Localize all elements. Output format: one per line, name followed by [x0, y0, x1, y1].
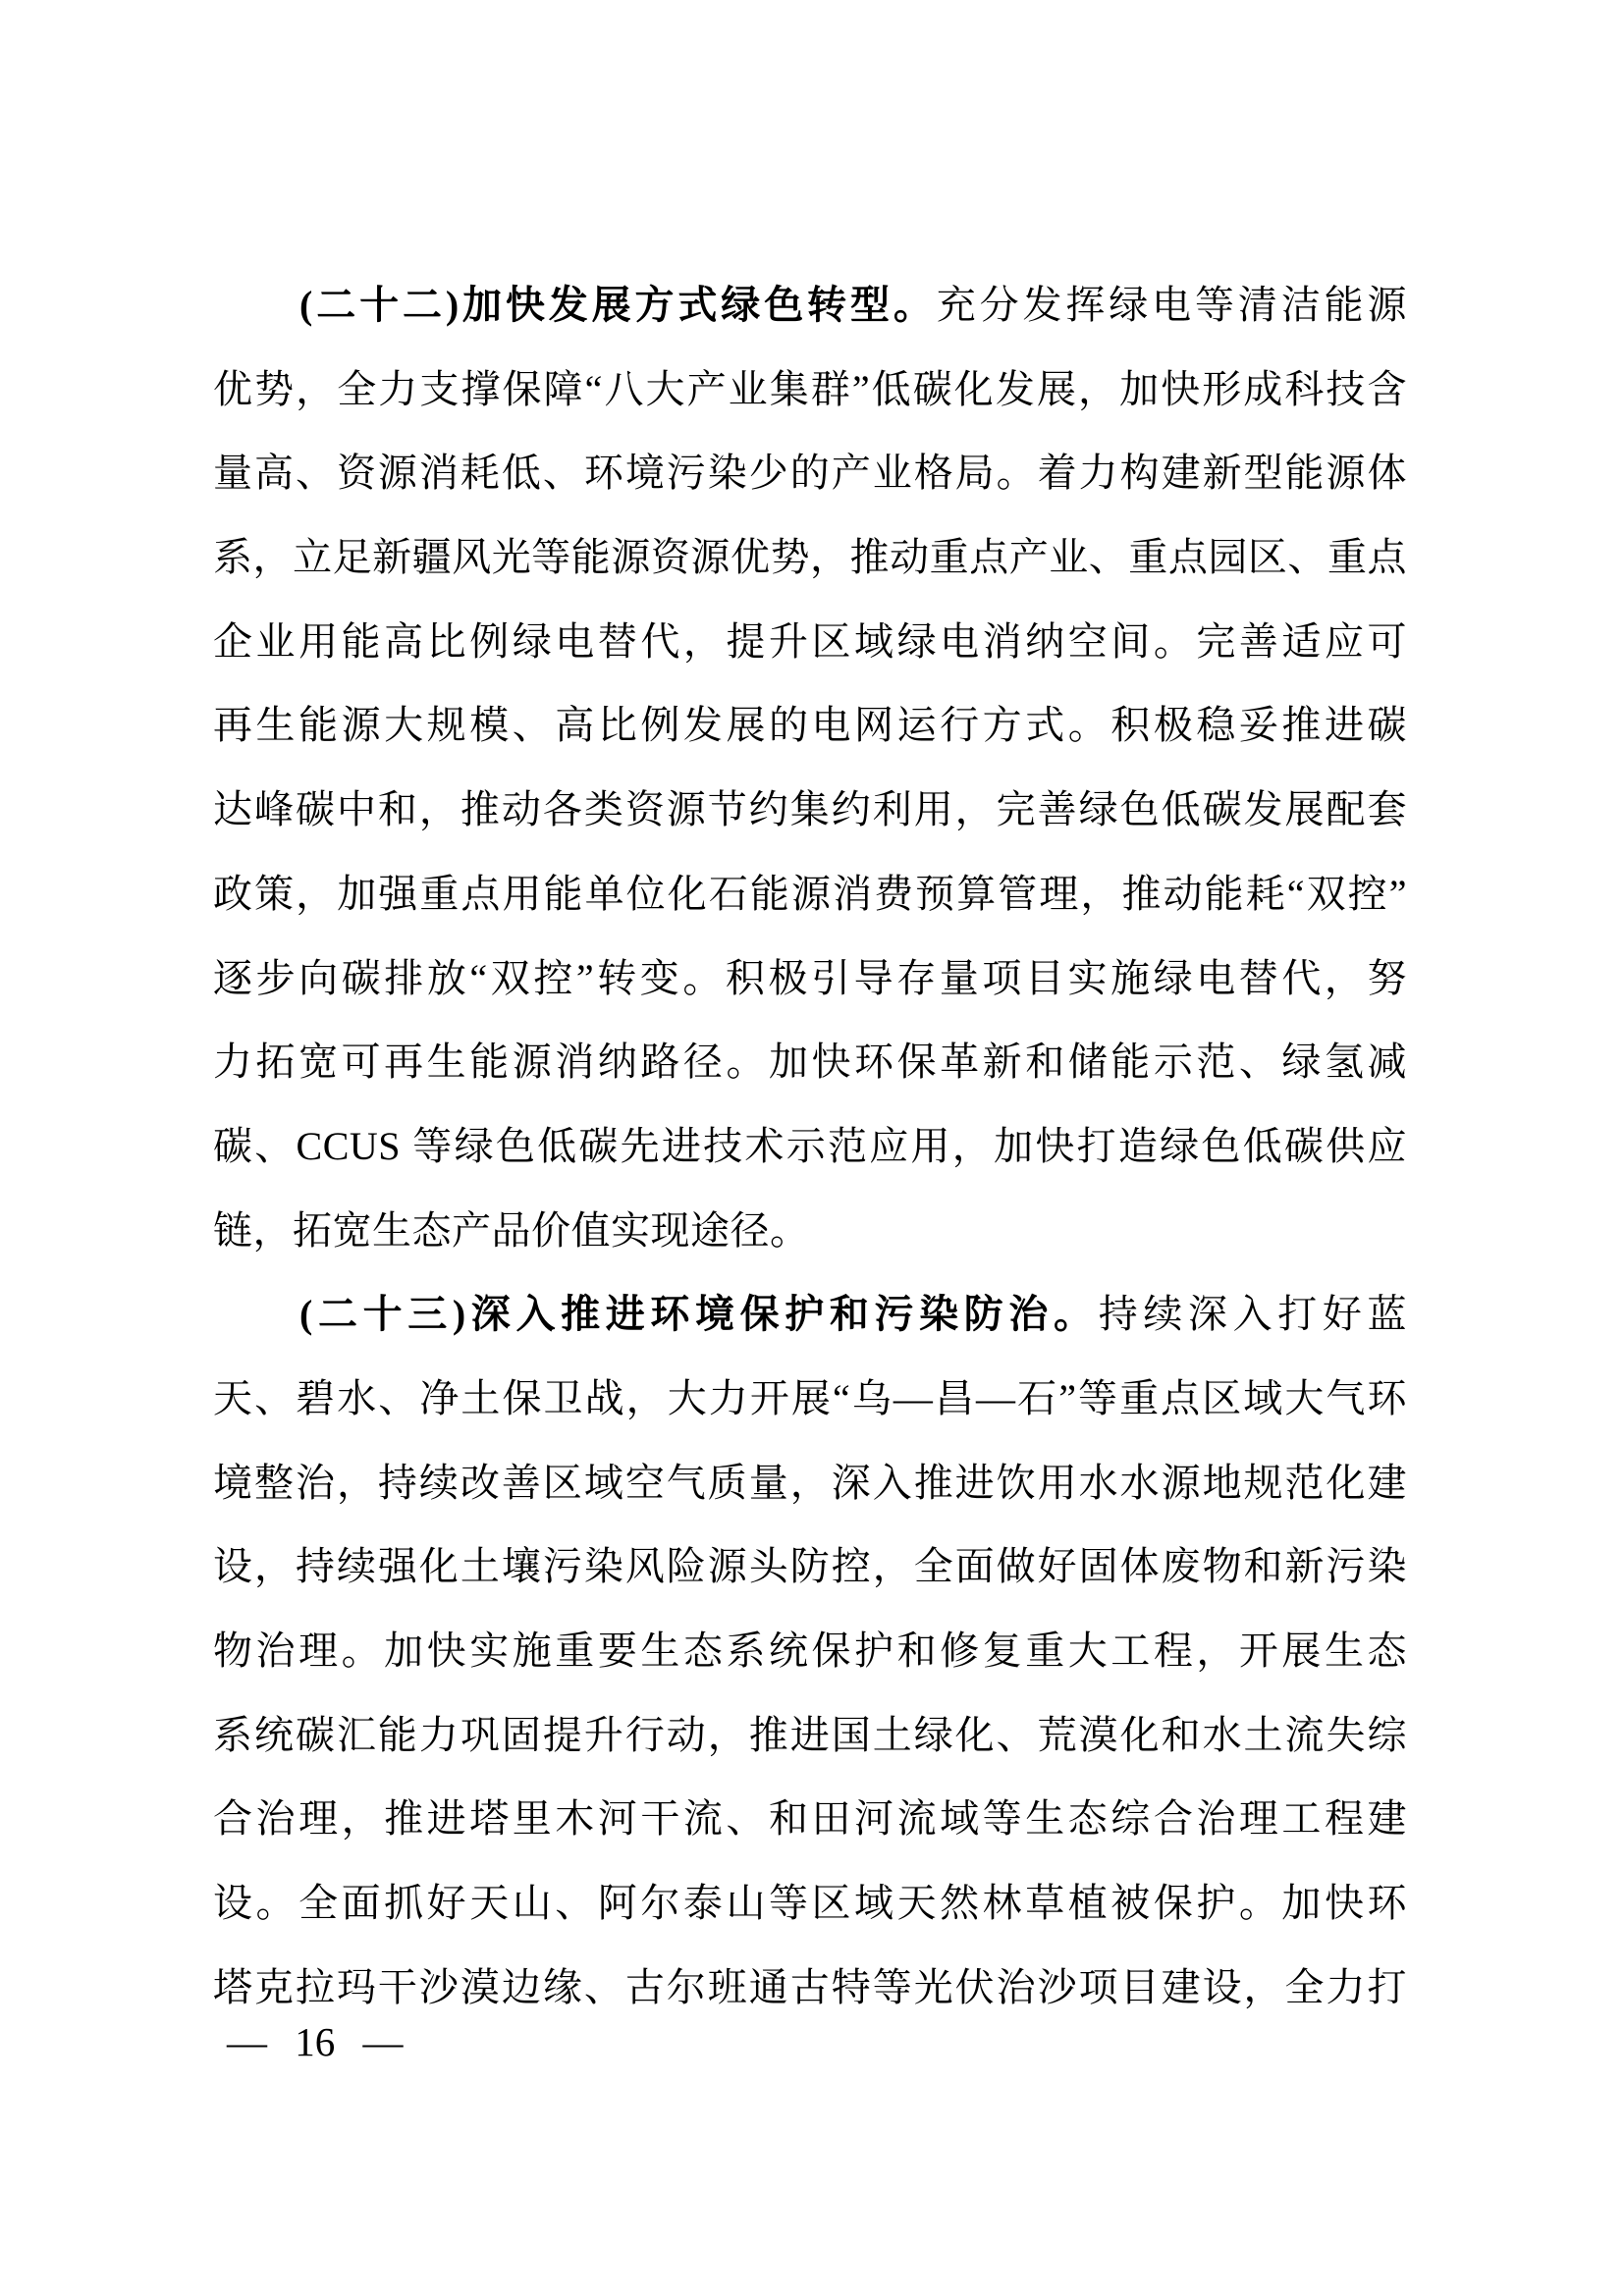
document-page: (二十二)加快发展方式绿色转型。充分发挥绿电等清洁能源优势，全力支撑保障“八大产… — [0, 0, 1624, 2296]
text-line: 系统碳汇能力巩固提升行动，推进国土绿化、荒漠化和水土流失综 — [213, 1693, 1407, 1778]
text-line: 设，持续强化土壤污染风险源头防控，全面做好固体废物和新污染 — [213, 1524, 1407, 1609]
page-number: — 16 — — [227, 2018, 404, 2065]
text-line: 力拓宽可再生能源消纳路径。加快环保革新和储能示范、绿氢减 — [213, 1020, 1407, 1104]
text-line: 逐步向碳排放“双控”转变。积极引导存量项目实施绿电替代，努 — [213, 936, 1407, 1021]
text-line: 达峰碳中和，推动各类资源节约集约利用，完善绿色低碳发展配套 — [213, 768, 1407, 852]
text-line: 设。全面抓好天山、阿尔泰山等区域天然林草植被保护。加快环 — [213, 1861, 1407, 1946]
text-line: 境整治，持续改善区域空气质量，深入推进饮用水水源地规范化建 — [213, 1441, 1407, 1525]
text-line: 企业用能高比例绿电替代，提升区域绿电消纳空间。完善适应可 — [213, 600, 1407, 684]
text-line: 优势，全力支撑保障“八大产业集群”低碳化发展，加快形成科技含 — [213, 347, 1407, 432]
section-heading: (二十二)加快发展方式绿色转型。 — [299, 283, 937, 327]
text-line: 合治理，推进塔里木河干流、和田河流域等生态综合治理工程建 — [213, 1777, 1407, 1861]
text-line: 塔克拉玛干沙漠边缘、古尔班通古特等光伏治沙项目建设，全力打 — [213, 1946, 1407, 2030]
text-line: 物治理。加快实施重要生态系统保护和修复重大工程，开展生态 — [213, 1609, 1407, 1693]
text-line: 政策，加强重点用能单位化石能源消费预算管理，推动能耗“双控” — [213, 852, 1407, 936]
text-line: (二十三)深入推进环境保护和污染防治。持续深入打好蓝 — [213, 1272, 1407, 1357]
document-body: (二十二)加快发展方式绿色转型。充分发挥绿电等清洁能源优势，全力支撑保障“八大产… — [213, 263, 1407, 2029]
text-line: 碳、CCUS 等绿色低碳先进技术示范应用，加快打造绿色低碳供应 — [213, 1104, 1407, 1189]
text-line: 再生能源大规模、高比例发展的电网运行方式。积极稳妥推进碳 — [213, 683, 1407, 768]
text-line: 天、碧水、净土保卫战，大力开展“乌—昌—石”等重点区域大气环 — [213, 1357, 1407, 1441]
text-line: (二十二)加快发展方式绿色转型。充分发挥绿电等清洁能源 — [213, 263, 1407, 347]
text-line: 量高、资源消耗低、环境污染少的产业格局。着力构建新型能源体 — [213, 431, 1407, 515]
text-line: 系，立足新疆风光等能源资源优势，推动重点产业、重点园区、重点 — [213, 515, 1407, 600]
text-line: 链，拓宽生态产品价值实现途径。 — [213, 1189, 1407, 1273]
section-heading: (二十三)深入推进环境保护和污染防治。 — [299, 1292, 1099, 1336]
